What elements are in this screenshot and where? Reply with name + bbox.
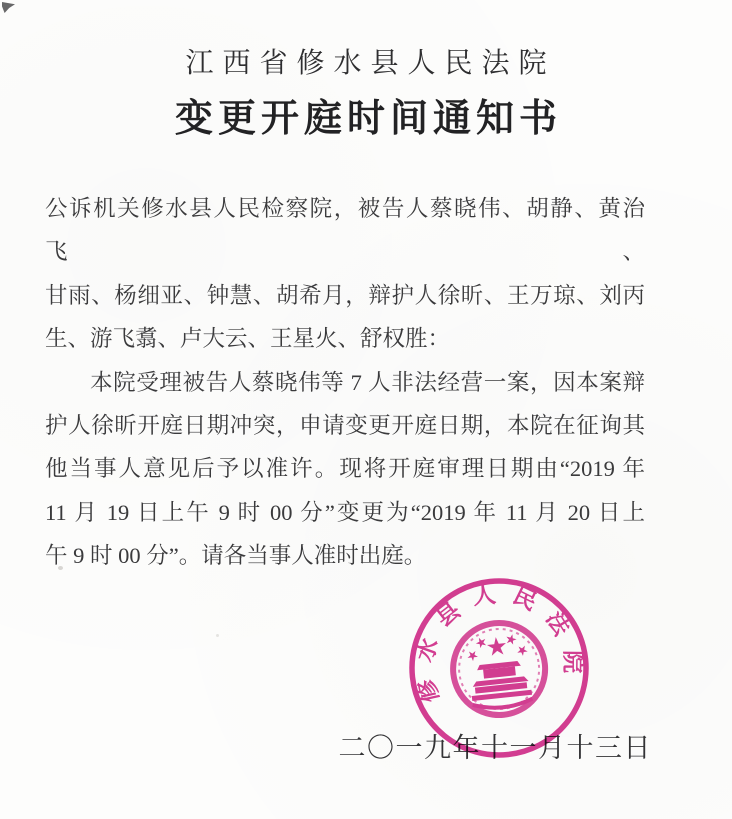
national-emblem-icon (449, 618, 550, 719)
body-line: 他当事人意见后予以准许。现将开庭审理日期由“2019 年 (45, 447, 645, 490)
notice-body: 公诉机关修水县人民检察院，被告人蔡晓伟、胡静、黄治飞、 甘雨、杨细亚、钟慧、胡希… (45, 187, 645, 578)
scanned-notice-page: 江西省修水县人民法院 变更开庭时间通知书 公诉机关修水县人民检察院，被告人蔡晓伟… (0, 0, 732, 819)
official-court-seal: 修水县人民法院 (395, 564, 604, 773)
body-line: 公诉机关修水县人民检察院，被告人蔡晓伟、胡静、黄治飞、 (45, 187, 645, 274)
scan-corner-artifact (2, 2, 15, 13)
body-line: 本院受理被告人蔡晓伟等 7 人非法经营一案，因本案辩 (45, 361, 645, 404)
body-line: 护人徐昕开庭日期冲突，申请变更开庭日期，本院在征询其 (45, 404, 645, 447)
body-line: 11 月 19 日上午 9 时 00 分”变更为“2019 年 11 月 20 … (45, 491, 645, 534)
body-line: 生、游飞翥、卢大云、王星火、舒权胜： (45, 317, 645, 360)
body-line: 甘雨、杨细亚、钟慧、胡希月，辩护人徐昕、王万琼、刘丙 (45, 274, 645, 317)
scan-speck (216, 634, 219, 637)
court-name-heading: 江西省修水县人民法院 (0, 41, 732, 81)
document-title: 变更开庭时间通知书 (0, 87, 732, 142)
